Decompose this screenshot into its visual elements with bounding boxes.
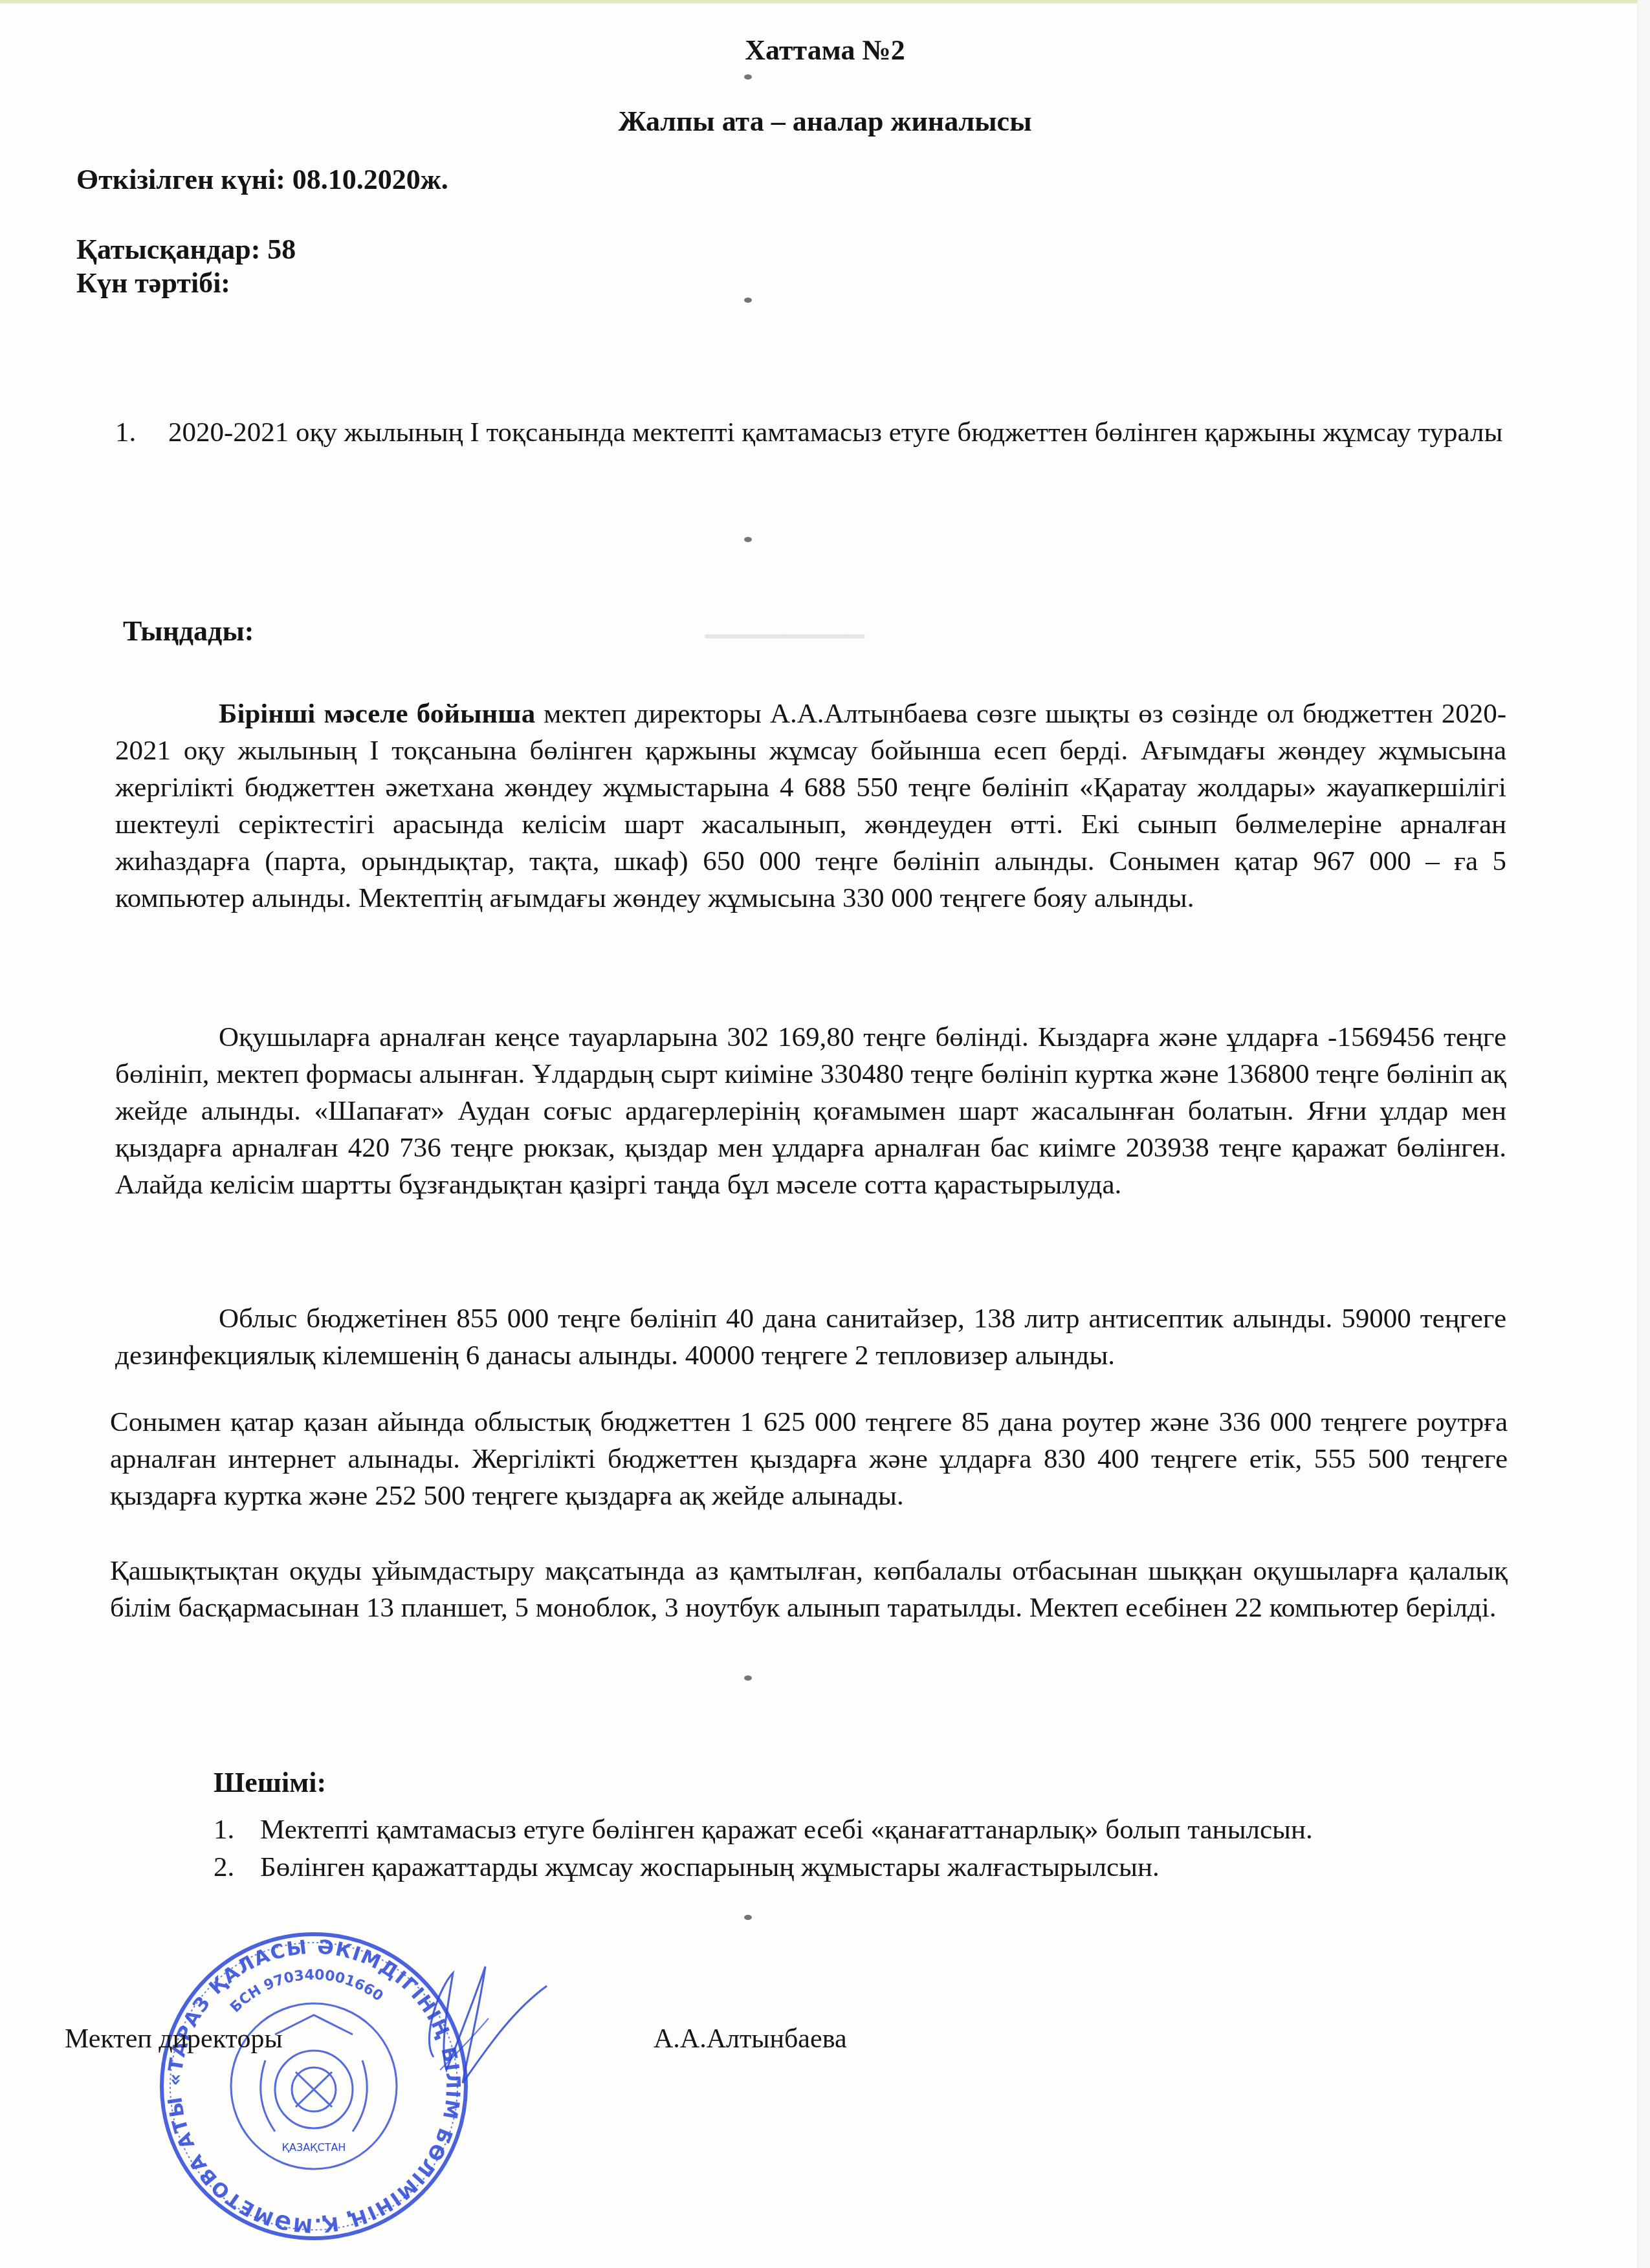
scan-speck (744, 298, 752, 303)
paragraph-2: Оқушыларға арналған кеңсе тауарларына 30… (115, 1019, 1506, 1203)
bleed-through-text: ▁▁▁▁▁▁▁▁ (705, 608, 864, 638)
decision-label: Шешімі: (214, 1766, 326, 1799)
paragraph-1: Бірінші мәселе бойынша мектеп директоры … (115, 695, 1506, 917)
signatory-role: Мектеп директоры (65, 2023, 283, 2055)
paragraph-text: мектеп директоры А.А.Алтынбаева сөзге шы… (115, 699, 1506, 913)
paragraph-lead: Бірінші мәселе бойынша (219, 699, 535, 729)
signatory-name: А.А.Алтынбаева (654, 2023, 847, 2055)
meeting-date: Өткізілген күні: 08.10.2020ж. (76, 163, 448, 196)
decision-number: 1. (214, 1811, 234, 1849)
decision-list: 1. Мектепті қамтамасыз етуге бөлінген қа… (214, 1811, 1540, 1886)
scan-edge-strip (0, 0, 1637, 3)
paragraph-5: Қашықтықтан оқуды ұйымдастыру мақсатында… (110, 1553, 1508, 1626)
document-title: Хаттама №2 (0, 34, 1650, 67)
agenda-item: 1. 2020-2021 оқу жылының І тоқсанында ме… (115, 414, 1506, 451)
agenda-item-number: 1. (115, 414, 136, 451)
paragraph-text: Қашықтықтан оқуды ұйымдастыру мақсатында… (110, 1556, 1508, 1623)
agenda-list: 1. 2020-2021 оқу жылының І тоқсанында ме… (115, 414, 1506, 451)
participants-count: Қатысқандар: 58 (76, 233, 296, 266)
paragraph-text: Сонымен қатар қазан айында облыстық бюдж… (110, 1407, 1508, 1511)
scan-speck (744, 74, 752, 80)
decision-text: Бөлінген қаражаттарды жұмсау жоспарының … (260, 1849, 1540, 1886)
heard-label: Тыңдады: (123, 615, 254, 648)
paragraph-3: Облыс бюджетінен 855 000 теңге бөлініп 4… (115, 1300, 1506, 1374)
paragraph-text: Облыс бюджетінен 855 000 теңге бөлініп 4… (115, 1303, 1506, 1371)
signature-scribble-icon (408, 1960, 550, 2122)
document-subtitle: Жалпы ата – аналар жиналысы (0, 105, 1650, 138)
svg-text:ҚАЗАҚСТАН: ҚАЗАҚСТАН (282, 2141, 346, 2154)
decision-item: 1. Мектепті қамтамасыз етуге бөлінген қа… (214, 1811, 1540, 1849)
scan-speck (744, 1675, 752, 1681)
decision-text: Мектепті қамтамасыз етуге бөлінген қараж… (260, 1811, 1540, 1849)
paragraph-text: Оқушыларға арналған кеңсе тауарларына 30… (115, 1022, 1506, 1200)
scan-speck (744, 1915, 752, 1920)
decision-item: 2. Бөлінген қаражаттарды жұмсау жоспарын… (214, 1849, 1540, 1886)
scan-right-margin (1637, 0, 1650, 2268)
scan-speck (744, 537, 752, 542)
agenda-item-text: 2020-2021 оқу жылының І тоқсанында мекте… (168, 414, 1506, 451)
decision-number: 2. (214, 1849, 234, 1886)
paragraph-4: Сонымен қатар қазан айында облыстық бюдж… (110, 1404, 1508, 1514)
agenda-label: Күн тәртібі: (76, 267, 230, 300)
handwritten-signature (408, 1960, 550, 2122)
